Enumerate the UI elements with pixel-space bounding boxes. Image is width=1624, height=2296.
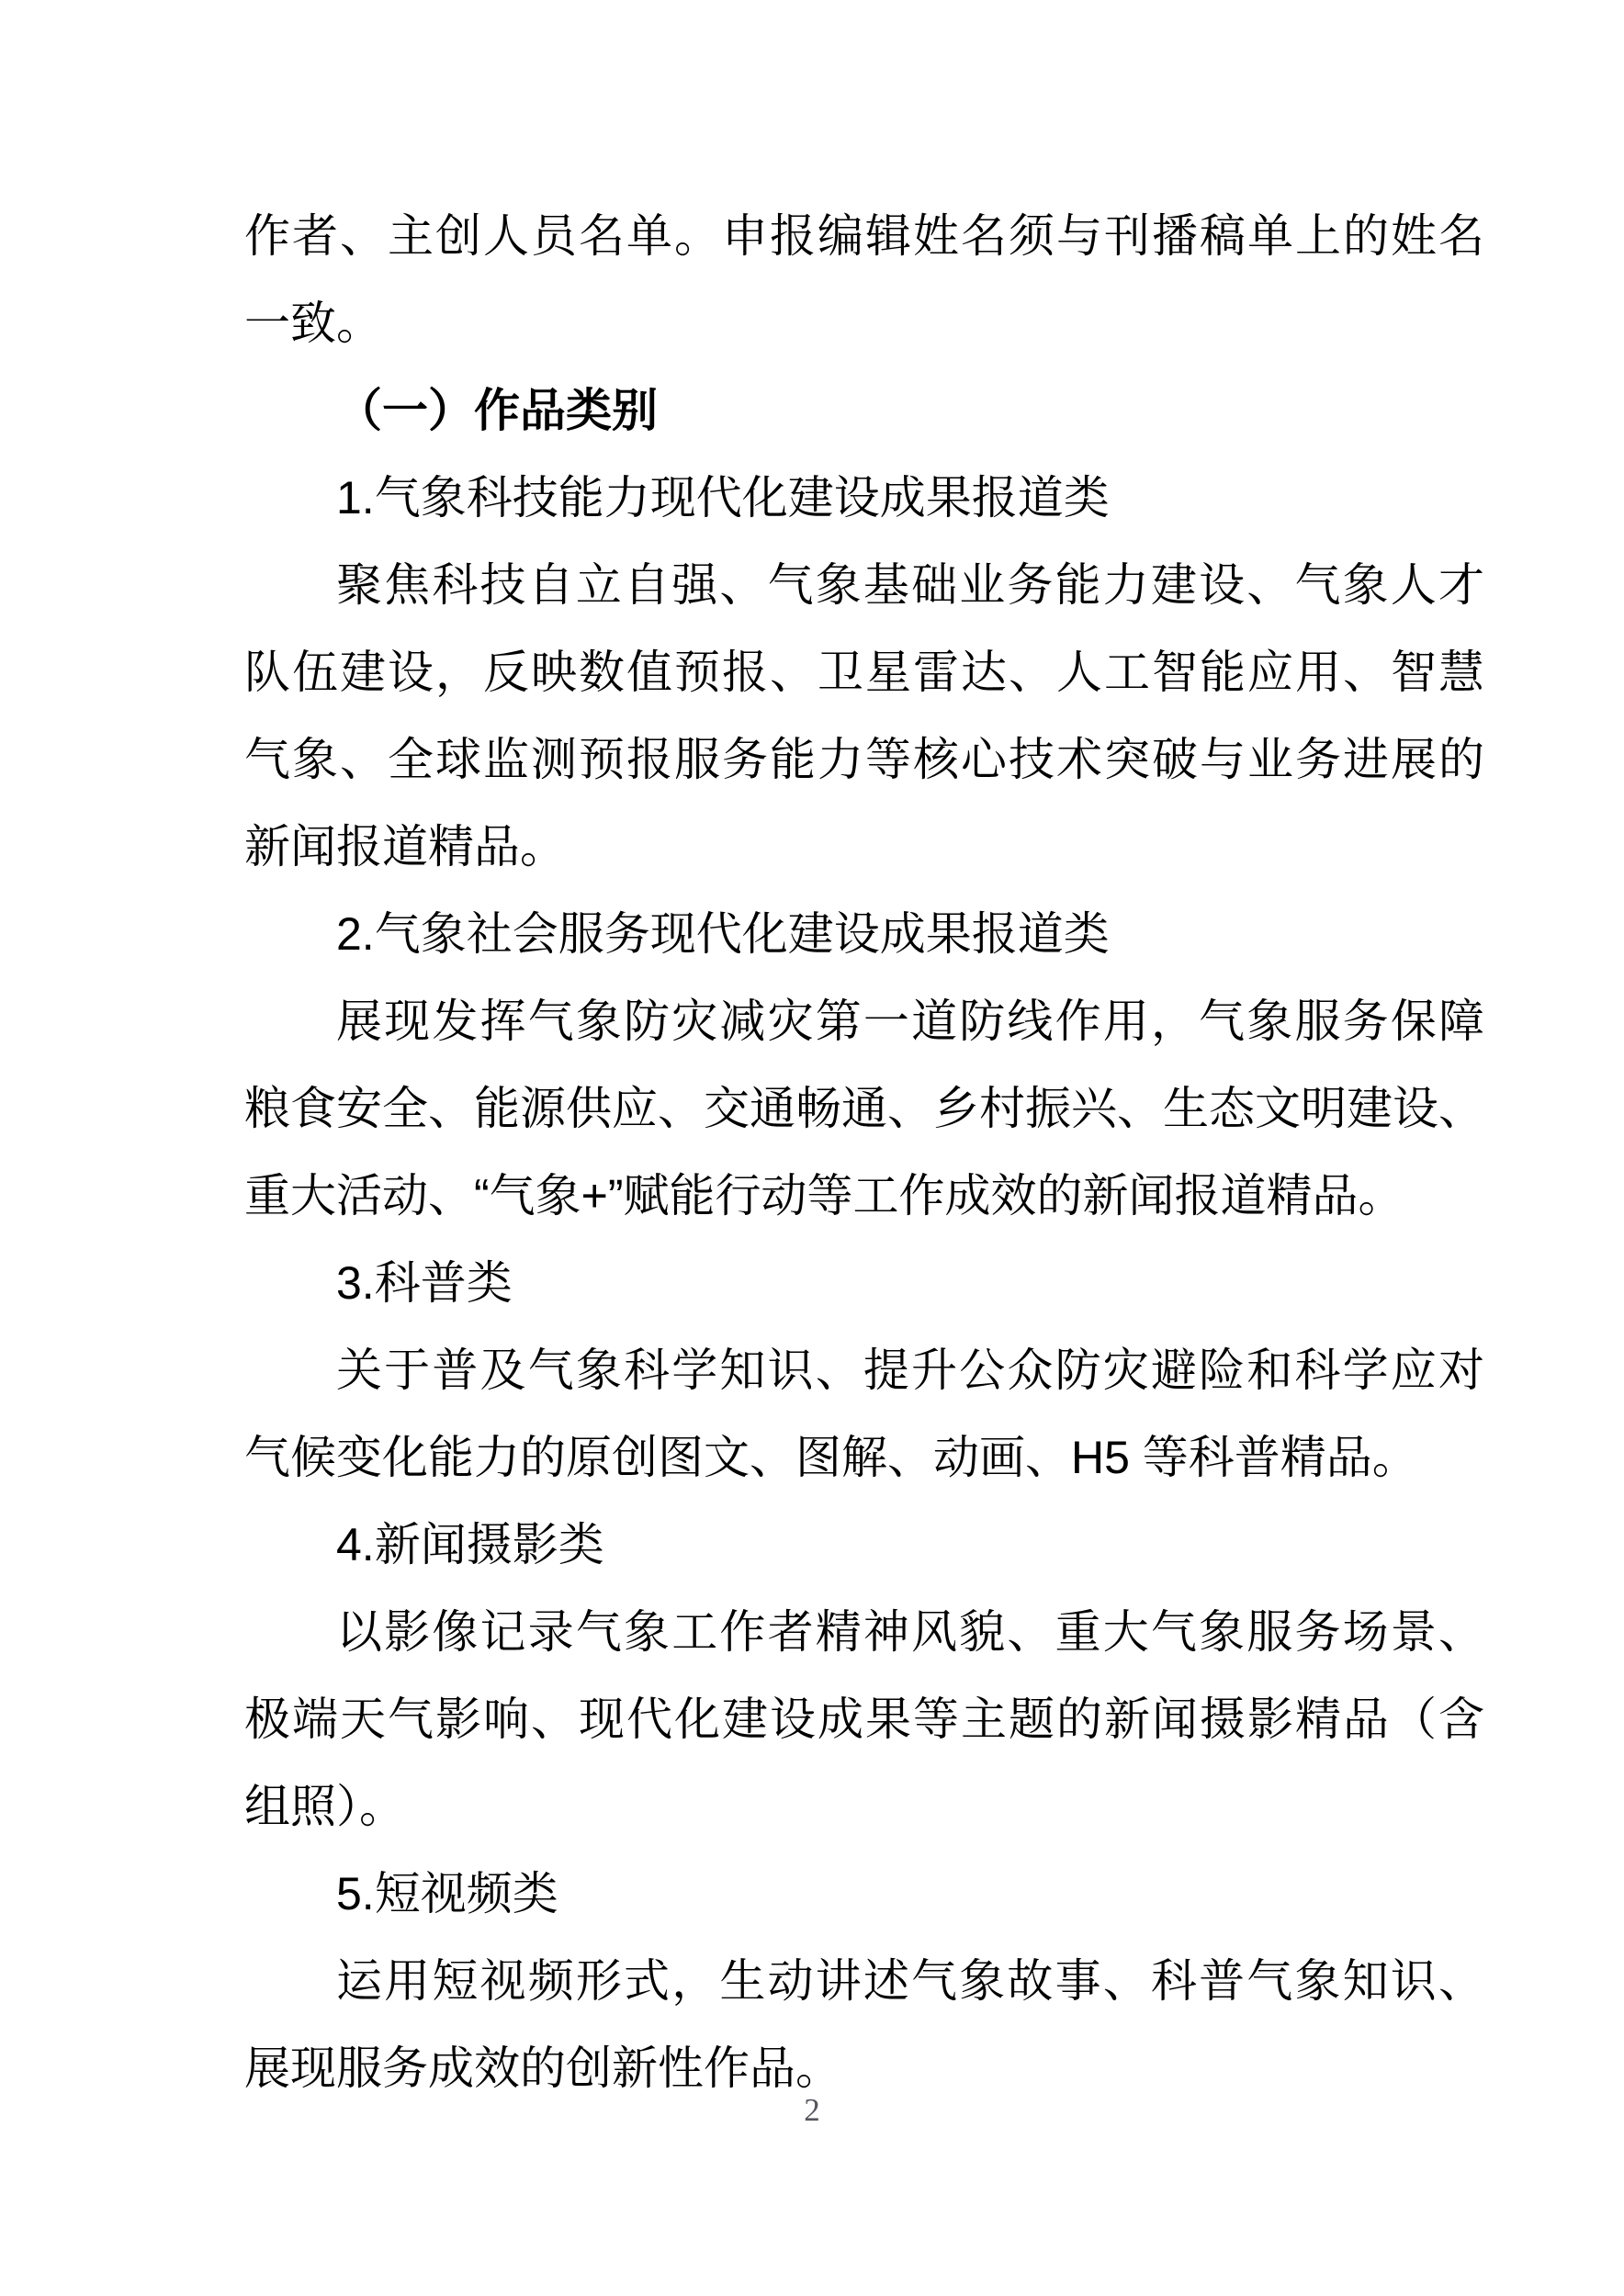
category-5-title: 5.短视频类	[244, 1851, 1484, 1938]
paragraph-line: 作者、主创人员名单。申报编辑姓名须与刊播稿单上的姓名	[244, 193, 1484, 280]
category-1-description-line: 新闻报道精品。	[244, 804, 1484, 891]
category-5-description-line: 运用短视频形式，生动讲述气象故事、科普气象知识、	[244, 1938, 1484, 2025]
section-heading: （一）作品类别	[244, 367, 1484, 455]
category-3-description-line: 气候变化能力的原创图文、图解、动画、H5 等科普精品。	[244, 1414, 1484, 1502]
document-page: 作者、主创人员名单。申报编辑姓名须与刊播稿单上的姓名 一致。 （一）作品类别 1…	[0, 0, 1624, 2296]
category-2-title: 2.气象社会服务现代化建设成果报道类	[244, 891, 1484, 978]
category-2-description-line: 重大活动、“气象+”赋能行动等工作成效的新闻报道精品。	[244, 1153, 1484, 1240]
page-number: 2	[0, 2092, 1624, 2129]
category-1-description-line: 队伍建设，反映数值预报、卫星雷达、人工智能应用、智慧	[244, 629, 1484, 716]
document-body: 作者、主创人员名单。申报编辑姓名须与刊播稿单上的姓名 一致。 （一）作品类别 1…	[244, 193, 1484, 2112]
category-1-description-line: 聚焦科技自立自强、气象基础业务能力建设、气象人才	[244, 542, 1484, 629]
category-1-description-line: 气象、全球监测预报服务能力等核心技术突破与业务进展的	[244, 716, 1484, 804]
category-2-description-line: 粮食安全、能源供应、交通畅通、乡村振兴、生态文明建设、	[244, 1065, 1484, 1153]
category-3-title: 3.科普类	[244, 1240, 1484, 1327]
category-4-description-line: 以影像记录气象工作者精神风貌、重大气象服务场景、	[244, 1589, 1484, 1676]
category-4-title: 4.新闻摄影类	[244, 1502, 1484, 1589]
category-4-description-line: 组照）。	[244, 1763, 1484, 1851]
paragraph-line: 一致。	[244, 280, 1484, 367]
category-2-description-line: 展现发挥气象防灾减灾第一道防线作用，气象服务保障	[244, 978, 1484, 1065]
category-3-description-line: 关于普及气象科学知识、提升公众防灾避险和科学应对	[244, 1327, 1484, 1414]
category-4-description-line: 极端天气影响、现代化建设成果等主题的新闻摄影精品（含	[244, 1676, 1484, 1763]
category-1-title: 1.气象科技能力现代化建设成果报道类	[244, 455, 1484, 542]
